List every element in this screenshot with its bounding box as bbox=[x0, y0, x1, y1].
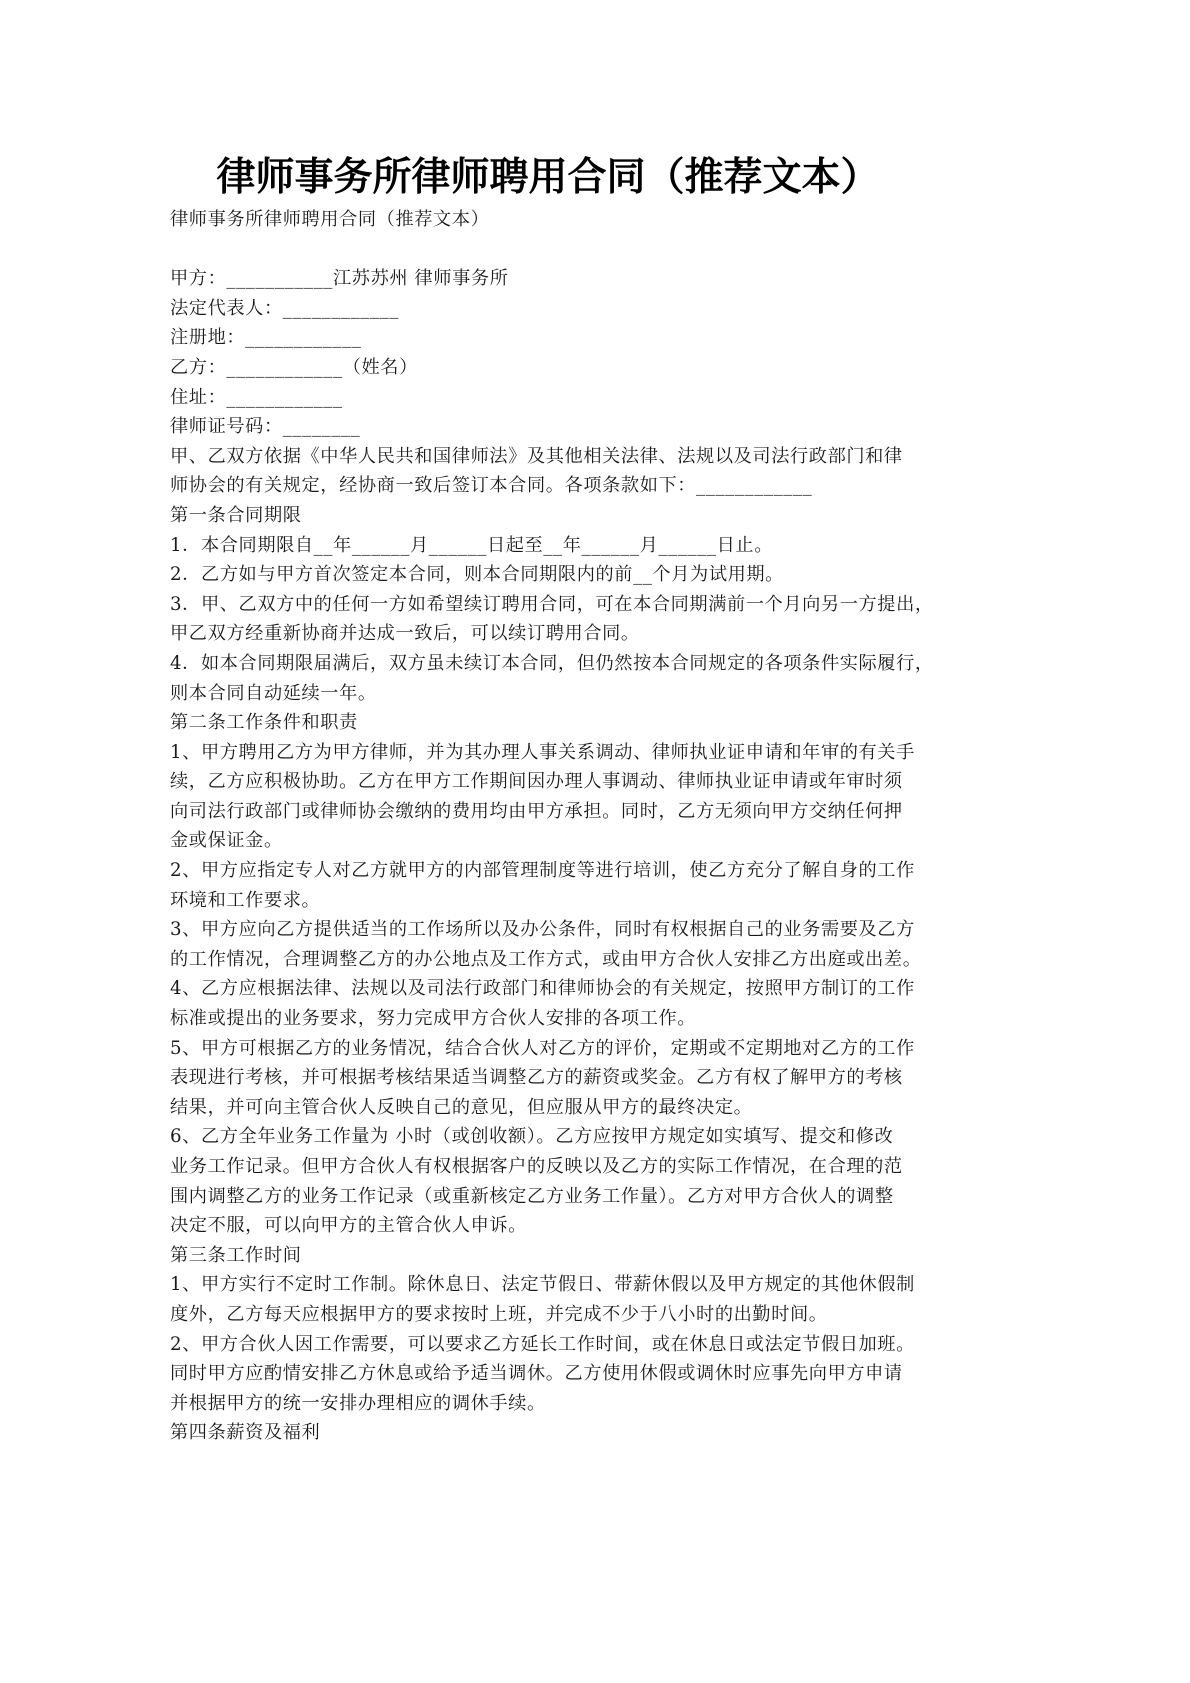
clause-line: 1、甲方聘用乙方为甲方律师，并为其办理人事关系调动、律师执业证申请和年审的有关手 bbox=[170, 738, 1030, 768]
section-heading: 第四条薪资及福利 bbox=[170, 1418, 1030, 1448]
document-subtitle: 律师事务所律师聘用合同（推荐文本） bbox=[170, 205, 1030, 235]
clause-line: 6、乙方全年业务工作量为 小时（或创收额）。乙方应按甲方规定如实填写、提交和修改 bbox=[170, 1122, 1030, 1152]
clause-line: 表现进行考核，并可根据考核结果适当调整乙方的薪资或奖金。乙方有权了解甲方的考核 bbox=[170, 1063, 1030, 1093]
license-line: 律师证号码：________ bbox=[170, 412, 1030, 442]
blank-line bbox=[170, 235, 1030, 265]
clause-line: 3、甲方应向乙方提供适当的工作场所以及办公条件，同时有权根据自己的业务需要及乙方 bbox=[170, 915, 1030, 945]
party-a-value: 江苏苏州 律师事务所 bbox=[333, 268, 508, 289]
document-body: 律师事务所律师聘用合同（推荐文本） 甲方：___________江苏苏州 律师事… bbox=[170, 205, 1030, 1448]
party-a-label: 甲方： bbox=[170, 268, 226, 289]
clause-line: 4、乙方应根据法律、法规以及司法行政部门和律师协会的有关规定，按照甲方制订的工作 bbox=[170, 974, 1030, 1004]
reg-address-line: 注册地：____________ bbox=[170, 323, 1030, 353]
clause-line: 4．如本合同期限届满后，双方虽未续订本合同，但仍然按本合同规定的各项条件实际履行… bbox=[170, 649, 1030, 679]
preamble-line: 甲、乙双方依据《中华人民共和国律师法》及其他相关法律、法规以及司法行政部门和律 bbox=[170, 442, 1030, 472]
clause-line: 5、甲方可根据乙方的业务情况，结合合伙人对乙方的评价，定期或不定期地对乙方的工作 bbox=[170, 1034, 1030, 1064]
legal-rep-line: 法定代表人：____________ bbox=[170, 294, 1030, 324]
clause-line: 2、甲方应指定专人对乙方就甲方的内部管理制度等进行培训，使乙方充分了解自身的工作 bbox=[170, 856, 1030, 886]
party-b-note: （姓名） bbox=[343, 357, 418, 378]
license-blank: ________ bbox=[283, 416, 361, 437]
section-heading: 第二条工作条件和职责 bbox=[170, 708, 1030, 738]
party-a-blank: ___________ bbox=[226, 268, 333, 289]
clause-line: 的工作情况，合理调整乙方的办公地点及工作方式，或由甲方合伙人安排乙方出庭或出差。 bbox=[170, 945, 1030, 975]
address-blank: ____________ bbox=[226, 387, 342, 408]
clause-line: 环境和工作要求。 bbox=[170, 886, 1030, 916]
clause-line: 结果，并可向主管合伙人反映自己的意见，但应服从甲方的最终决定。 bbox=[170, 1093, 1030, 1123]
clause-line: 围内调整乙方的业务工作记录（或重新核定乙方业务工作量）。乙方对甲方合伙人的调整 bbox=[170, 1182, 1030, 1212]
party-a-line: 甲方：___________江苏苏州 律师事务所 bbox=[170, 264, 1030, 294]
clause-line: 1．本合同期限自__年______月______日起至__年______月___… bbox=[170, 531, 1030, 561]
section-heading: 第一条合同期限 bbox=[170, 501, 1030, 531]
reg-address-blank: ____________ bbox=[245, 327, 361, 348]
license-label: 律师证号码： bbox=[170, 416, 283, 437]
preamble-line: 师协会的有关规定，经协商一致后签订本合同。各项条款如下：____________ bbox=[170, 471, 1030, 501]
legal-rep-label: 法定代表人： bbox=[170, 298, 283, 319]
party-b-blank: ____________ bbox=[226, 357, 342, 378]
section-heading: 第三条工作时间 bbox=[170, 1241, 1030, 1271]
party-b-label: 乙方： bbox=[170, 357, 226, 378]
clause-line: 1、甲方实行不定时工作制。除休息日、法定节假日、带薪休假以及甲方规定的其他休假制 bbox=[170, 1270, 1030, 1300]
clause-line: 3．甲、乙双方中的任何一方如希望续订聘用合同，可在本合同期满前一个月向另一方提出… bbox=[170, 590, 1030, 620]
clause-line: 并根据甲方的统一安排办理相应的调休手续。 bbox=[170, 1389, 1030, 1419]
clause-line: 同时甲方应酌情安排乙方休息或给予适当调休。乙方使用休假或调休时应事先向甲方申请 bbox=[170, 1359, 1030, 1389]
clause-line: 业务工作记录。但甲方合伙人有权根据客户的反映以及乙方的实际工作情况，在合理的范 bbox=[170, 1152, 1030, 1182]
clause-line: 2．乙方如与甲方首次签定本合同，则本合同期限内的前__个月为试用期。 bbox=[170, 560, 1030, 590]
clause-line: 甲乙双方经重新协商并达成一致后，可以续订聘用合同。 bbox=[170, 619, 1030, 649]
clause-line: 2、甲方合伙人因工作需要，可以要求乙方延长工作时间，或在休息日或法定节假日加班。 bbox=[170, 1330, 1030, 1360]
reg-address-label: 注册地： bbox=[170, 327, 245, 348]
address-label: 住址： bbox=[170, 387, 226, 408]
address-line: 住址：____________ bbox=[170, 383, 1030, 413]
clause-line: 标准或提出的业务要求，努力完成甲方合伙人安排的各项工作。 bbox=[170, 1004, 1030, 1034]
document-title: 律师事务所律师聘用合同（推荐文本） bbox=[0, 150, 1096, 206]
clause-line: 则本合同自动延续一年。 bbox=[170, 679, 1030, 709]
clause-line: 向司法行政部门或律师协会缴纳的费用均由甲方承担。同时，乙方无须向甲方交纳任何押 bbox=[170, 797, 1030, 827]
clause-line: 续，乙方应积极协助。乙方在甲方工作期间因办理人事调动、律师执业证申请或年审时须 bbox=[170, 767, 1030, 797]
party-b-line: 乙方：____________（姓名） bbox=[170, 353, 1030, 383]
legal-rep-blank: ____________ bbox=[283, 298, 399, 319]
clause-line: 度外，乙方每天应根据甲方的要求按时上班，并完成不少于八小时的出勤时间。 bbox=[170, 1300, 1030, 1330]
clause-line: 决定不服，可以向甲方的主管合伙人申诉。 bbox=[170, 1211, 1030, 1241]
clause-line: 金或保证金。 bbox=[170, 826, 1030, 856]
